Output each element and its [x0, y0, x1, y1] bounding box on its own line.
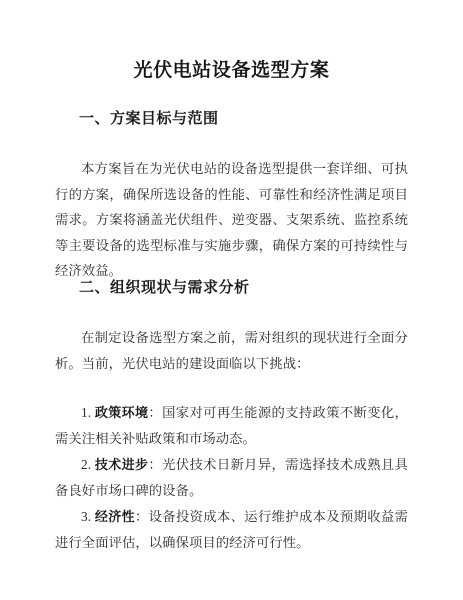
list-item-number: 1. — [81, 405, 95, 420]
document-page: 光伏电站设备选型方案 一、方案目标与范围 本方案旨在为光伏电站的设备选型提供一套… — [0, 0, 463, 600]
list-item-separator: ： — [135, 510, 149, 525]
document-title: 光伏电站设备选型方案 — [0, 57, 463, 83]
section-heading-goals-scope: 一、方案目标与范围 — [79, 107, 219, 129]
list-item-term: 政策环境 — [95, 406, 149, 421]
paragraph-status-needs: 在制定设备选型方案之前，需对组织的现状进行全面分析。当前，光伏电站的建设面临以下… — [55, 326, 408, 377]
list-item-economics: 3. 经济性：设备投资成本、运行维护成本及预期收益需进行全面评估，以确保项目的经… — [55, 504, 408, 556]
list-item-number: 2. — [81, 457, 95, 472]
list-item-term: 技术进步 — [95, 458, 149, 473]
list-item-number: 3. — [81, 509, 95, 524]
list-item-policy: 1. 政策环境：国家对可再生能源的支持政策不断变化，需关注相关补贴政策和市场动态… — [55, 400, 408, 452]
paragraph-goals-scope: 本方案旨在为光伏电站的设备选型提供一套详细、可执行的方案，确保所选设备的性能、可… — [55, 157, 408, 285]
section-heading-status-needs: 二、组织现状与需求分析 — [79, 276, 250, 298]
challenges-list: 1. 政策环境：国家对可再生能源的支持政策不断变化，需关注相关补贴政策和市场动态… — [55, 400, 408, 556]
list-item-separator: ： — [148, 406, 162, 421]
list-item-term: 经济性 — [95, 510, 135, 525]
list-item-separator: ： — [148, 458, 162, 473]
list-item-technology: 2. 技术进步：光伏技术日新月异，需选择技术成熟且具备良好市场口碑的设备。 — [55, 452, 408, 504]
